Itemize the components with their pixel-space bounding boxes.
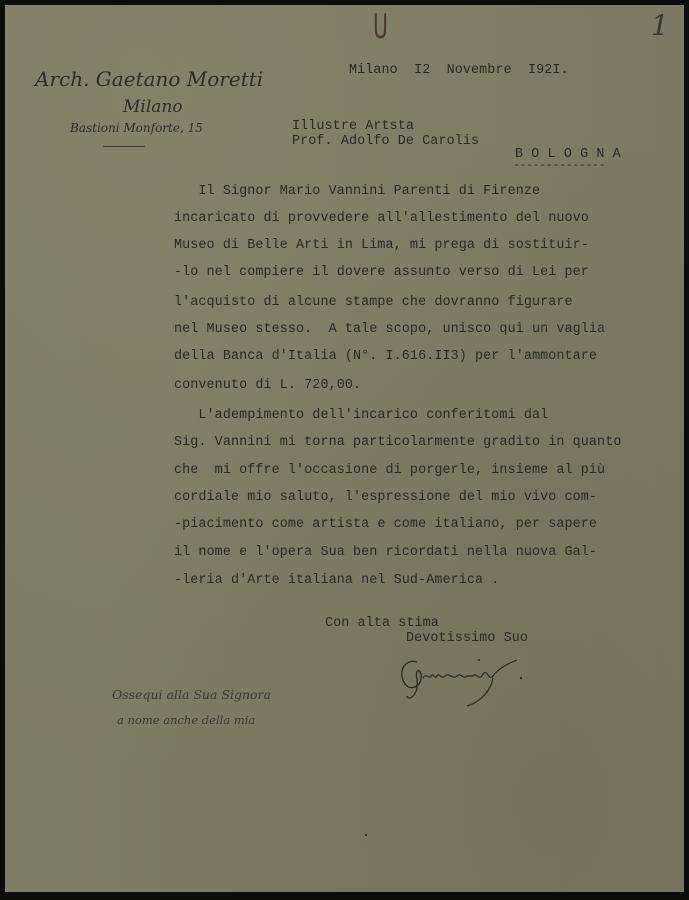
letterhead-city: Milano — [123, 97, 183, 117]
body-line: incaricato di provvedere all'allestiment… — [174, 211, 589, 226]
recipient-line-1: Illustre Artsta — [292, 119, 414, 134]
paper-speck — [365, 834, 367, 836]
body-line: che mi offre l'occasione di porgerle, in… — [174, 463, 605, 478]
page-number: 1 — [651, 9, 669, 42]
body-line: Il Signor Mario Vannini Parenti di Firen… — [174, 184, 540, 199]
recipient-city-underline: -------------- — [513, 160, 605, 172]
body-line: il nome e l'opera Sua ben ricordati nell… — [174, 545, 597, 560]
closing-line-2: Devotissimo Suo — [406, 631, 528, 646]
body-line: Sig. Vannini mi torna particolarmente gr… — [174, 435, 621, 450]
body-line: cordiale mio saluto, l'espressione del m… — [174, 490, 597, 505]
letterhead-divider — [103, 146, 145, 147]
handwritten-note-line-2: a nome anche della mia — [117, 713, 255, 727]
body-line: della Banca d'Italia (N°. I.616.II3) per… — [174, 349, 597, 364]
signature-icon — [395, 650, 535, 710]
body-line: l'acquisto di alcune stampe che dovranno… — [174, 295, 573, 310]
letterhead-address: Bastioni Monforte, 15 — [70, 121, 203, 135]
body-line: -piacimento come artista e come italiano… — [174, 517, 597, 532]
date-line: Milano I2 Novembre I92I. — [349, 63, 569, 78]
archive-mark: U — [373, 7, 388, 47]
body-line: Museo di Belle Arti in Lima, mi prega di… — [174, 238, 589, 253]
body-line: -leria d'Arte italiana nel Sud-America . — [174, 573, 499, 588]
signature: GMoretti — [395, 650, 535, 710]
body-line: nel Museo stesso. A tale scopo, unisco q… — [174, 322, 605, 337]
body-line: L'adempimento dell'incarico conferitomi … — [174, 408, 548, 423]
letterhead-name: Arch. Gaetano Moretti — [35, 67, 263, 91]
body-line: -lo nel compiere il dovere assunto verso… — [174, 265, 589, 280]
recipient-line-2: Prof. Adolfo De Carolis — [292, 134, 479, 149]
letter-page: Arch. Gaetano Moretti Milano Bastioni Mo… — [5, 5, 684, 892]
body-line: convenuto di L. 720,00. — [174, 378, 361, 393]
handwritten-note-line-1: Ossequi alla Sua Signora — [112, 687, 271, 702]
closing-line-1: Con alta stima — [325, 616, 439, 631]
